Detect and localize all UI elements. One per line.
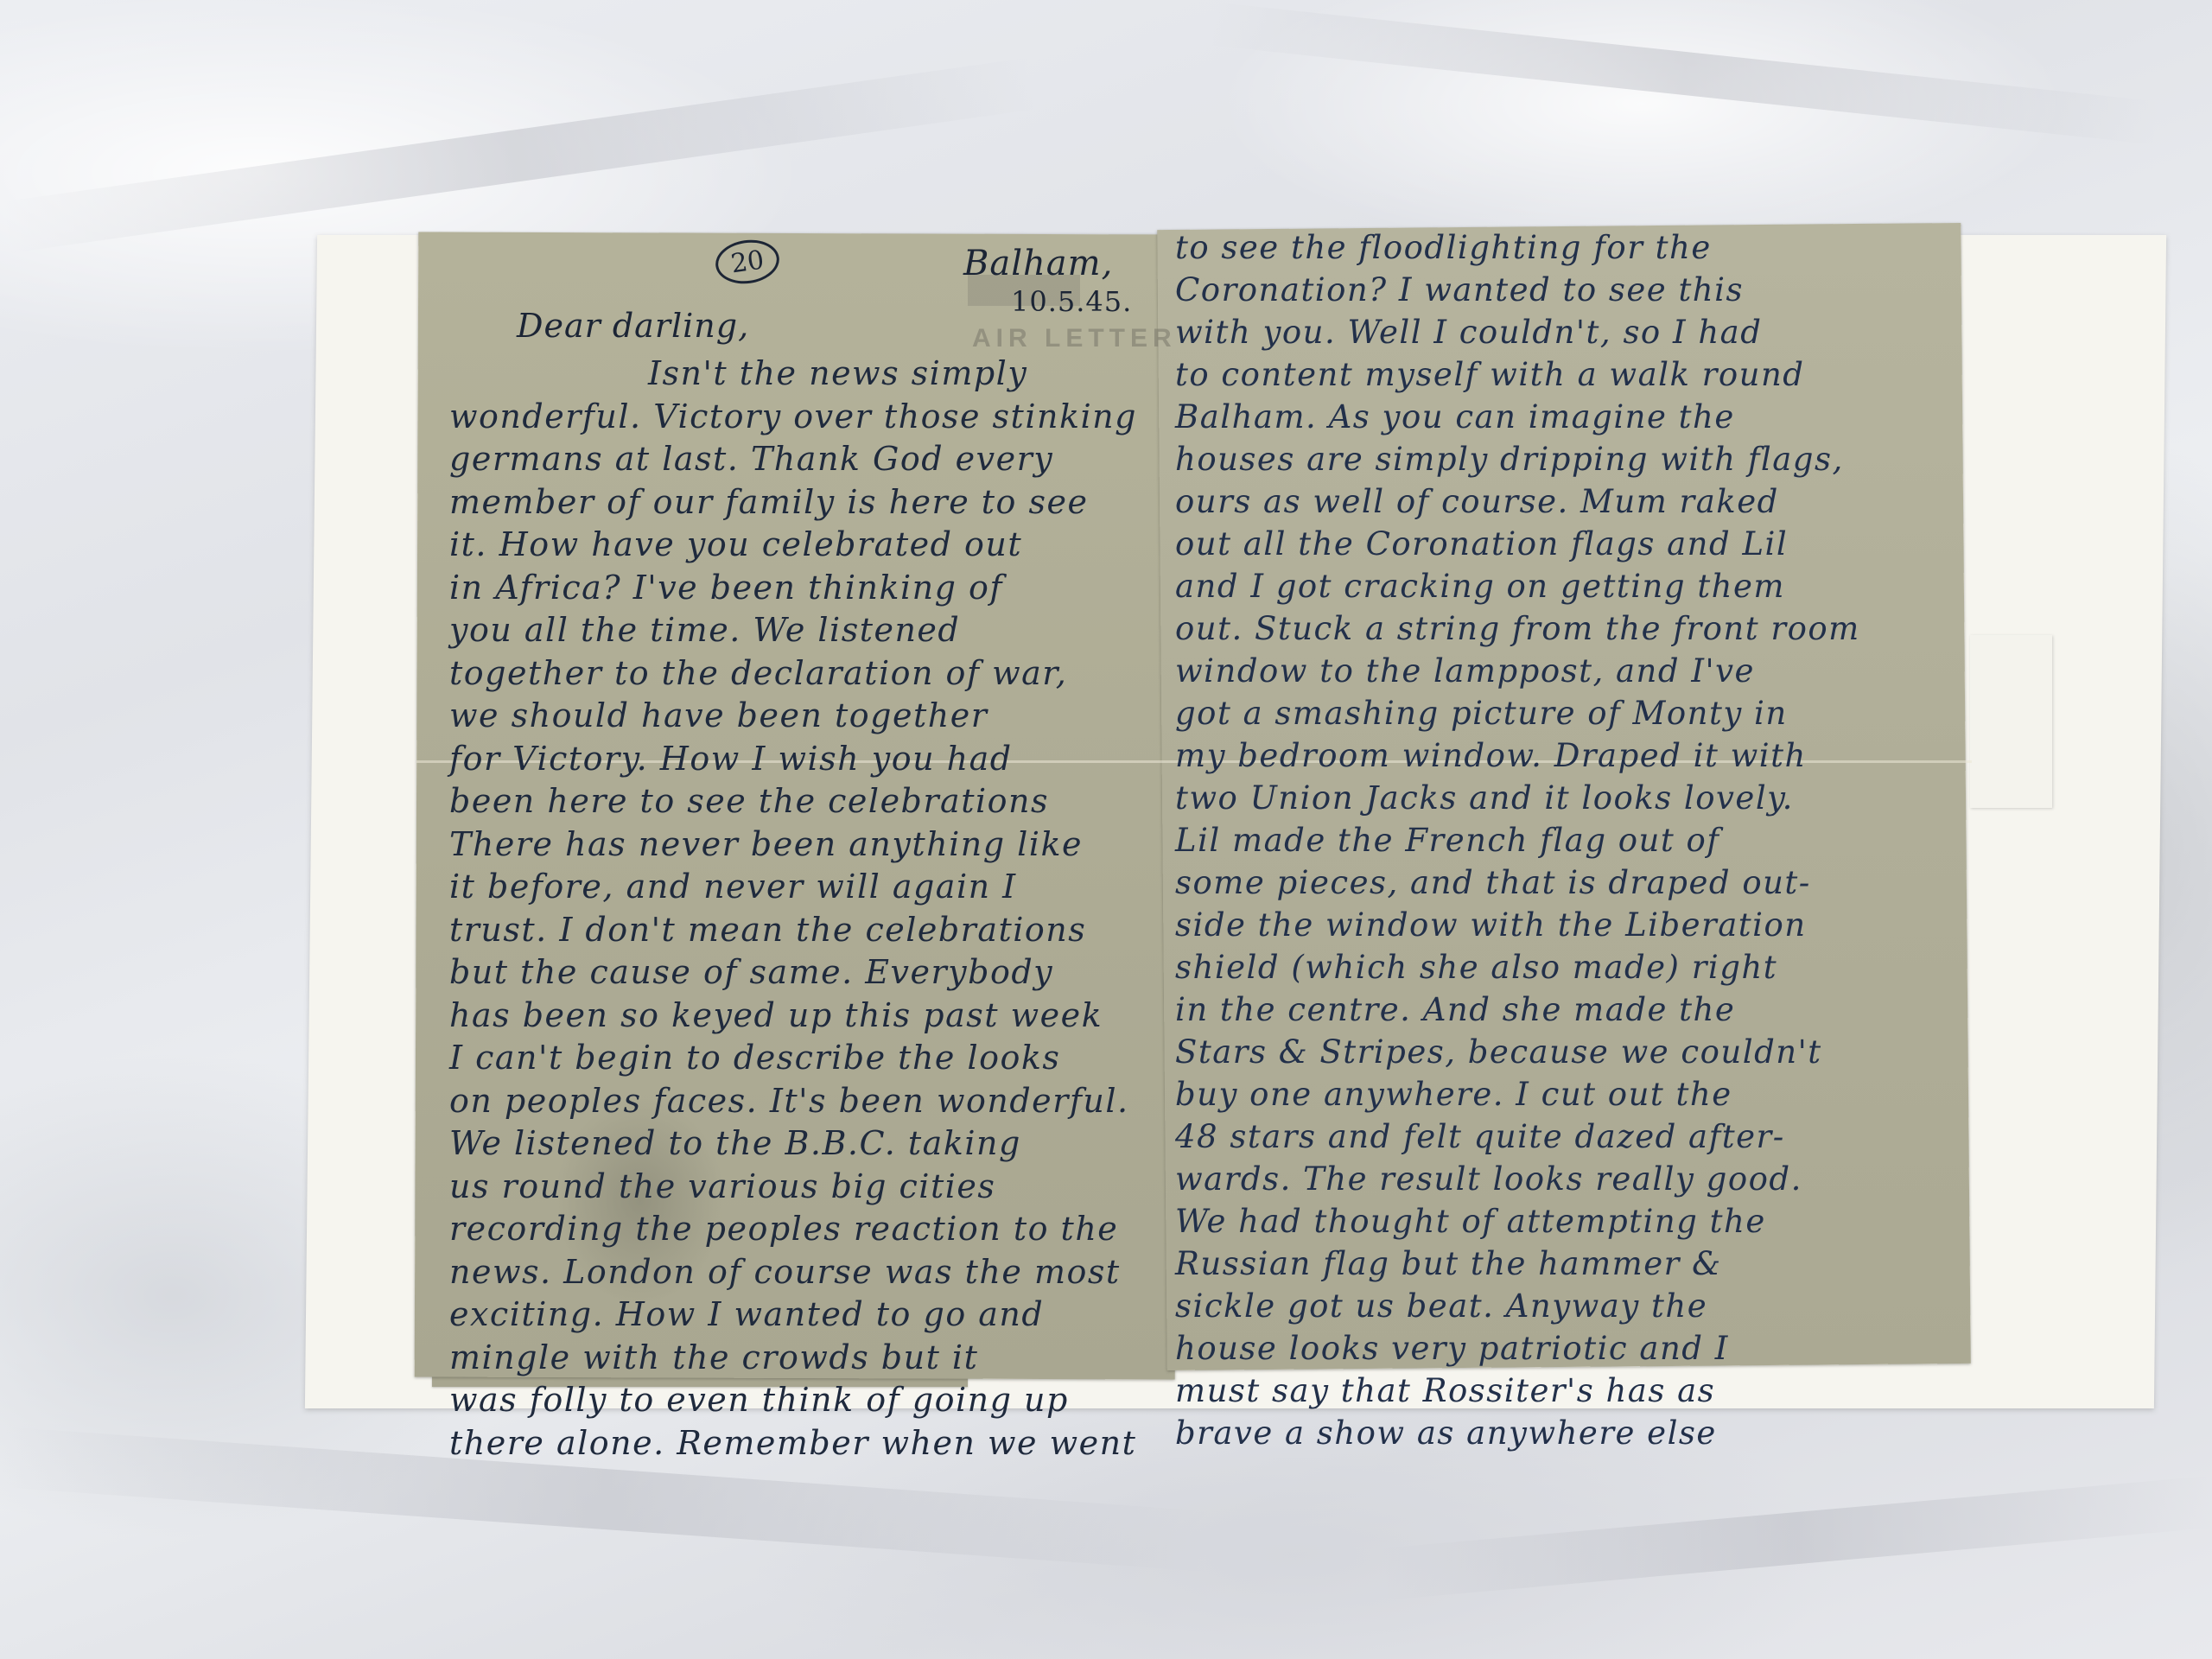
left-page-text: Isn't the news simply wonderful. Victory… bbox=[449, 448, 1137, 1465]
letter-line: and I got cracking on getting them bbox=[1175, 565, 1860, 607]
letter-line: house looks very patriotic and I bbox=[1175, 1327, 1860, 1370]
letter-line: you all the time. We listened bbox=[449, 609, 1137, 652]
letter-line: mingle with the crowds but it bbox=[449, 1337, 1137, 1380]
letter-line: my bedroom window. Draped it with bbox=[1175, 734, 1860, 777]
letter-line: houses are simply dripping with flags, bbox=[1175, 438, 1860, 480]
letter-line: Stars & Stripes, because we couldn't bbox=[1175, 1031, 1860, 1073]
printed-air-letter-stamp: AIR LETTER bbox=[972, 324, 1177, 353]
letter-line: out. Stuck a string from the front room bbox=[1175, 607, 1860, 650]
letter-line: We listened to the B.B.C. taking bbox=[449, 1122, 1137, 1166]
sheet-fold bbox=[1210, 3, 2159, 145]
letter-line: out all the Coronation flags and Lil bbox=[1175, 523, 1860, 565]
letter-line: germans at last. Thank God every bbox=[449, 438, 1137, 481]
letter-line: some pieces, and that is draped out- bbox=[1175, 861, 1860, 904]
letter-line: we should have been together bbox=[449, 695, 1137, 738]
right-page-text: to see the floodlighting for the Coronat… bbox=[1175, 226, 1860, 1454]
letter-line: to content myself with a walk round bbox=[1175, 353, 1860, 396]
letter-line: wards. The result looks really good. bbox=[1175, 1158, 1860, 1200]
letter-salutation: Dear darling, bbox=[517, 307, 749, 345]
letter-line: side the window with the Liberation bbox=[1175, 904, 1860, 946]
letter-line: Coronation? I wanted to see this bbox=[1175, 269, 1860, 311]
letter-line: shield (which she also made) right bbox=[1175, 946, 1860, 988]
letter-line: us round the various big cities bbox=[449, 1166, 1137, 1209]
letter-line: Isn't the news simply bbox=[449, 353, 1137, 396]
letter-line: trust. I don't mean the celebrations bbox=[449, 909, 1137, 952]
letter-line: got a smashing picture of Monty in bbox=[1175, 692, 1860, 734]
letter-line: there alone. Remember when we went bbox=[449, 1422, 1137, 1465]
letter-line: There has never been anything like bbox=[449, 823, 1137, 867]
letter-line: Lil made the French flag out of bbox=[1175, 819, 1860, 861]
mounting-card-tab bbox=[1970, 635, 2052, 808]
letter-line: to see the floodlighting for the bbox=[1175, 226, 1860, 269]
letter-line: Balham. As you can imagine the bbox=[1175, 396, 1860, 438]
letter-line: in the centre. And she made the bbox=[1175, 988, 1860, 1031]
page-number: 20 bbox=[729, 245, 766, 279]
letter-line: has been so keyed up this past week bbox=[449, 995, 1137, 1038]
letter-place: Balham, bbox=[963, 244, 1113, 283]
letter-date: 10.5.45. bbox=[1011, 285, 1132, 318]
letter-line: window to the lamppost, and I've bbox=[1175, 650, 1860, 692]
letter-line: wonderful. Victory over those stinking bbox=[449, 396, 1137, 439]
letter-line: I can't begin to describe the looks bbox=[449, 1037, 1137, 1080]
letter-line: been here to see the celebrations bbox=[449, 780, 1137, 823]
letter-line: was folly to even think of going up bbox=[449, 1379, 1137, 1422]
letter-line: We had thought of attempting the bbox=[1175, 1200, 1860, 1243]
letter-line: exciting. How I wanted to go and bbox=[449, 1294, 1137, 1337]
letter-line: in Africa? I've been thinking of bbox=[449, 567, 1137, 610]
letter-line: 48 stars and felt quite dazed after- bbox=[1175, 1116, 1860, 1158]
letter-line: news. London of course was the most bbox=[449, 1251, 1137, 1294]
letter-line: brave a show as anywhere else bbox=[1175, 1412, 1860, 1454]
letter-line: on peoples faces. It's been wonderful. bbox=[449, 1080, 1137, 1123]
letter-line: member of our family is here to see bbox=[449, 481, 1137, 524]
letter-line: it before, and never will again I bbox=[449, 866, 1137, 909]
letter-line: buy one anywhere. I cut out the bbox=[1175, 1073, 1860, 1116]
letter-line: together to the declaration of war, bbox=[449, 652, 1137, 696]
sheet-fold bbox=[2, 58, 1036, 253]
letter-line: Russian flag but the hammer & bbox=[1175, 1243, 1860, 1285]
letter-line: recording the peoples reaction to the bbox=[449, 1208, 1137, 1251]
letter-line: for Victory. How I wish you had bbox=[449, 738, 1137, 781]
letter-line: but the cause of same. Everybody bbox=[449, 951, 1137, 995]
letter-line: sickle got us beat. Anyway the bbox=[1175, 1285, 1860, 1327]
letter-line: two Union Jacks and it looks lovely. bbox=[1175, 777, 1860, 819]
letter-line: ours as well of course. Mum raked bbox=[1175, 480, 1860, 523]
letter-line: it. How have you celebrated out bbox=[449, 524, 1137, 567]
letter-line: must say that Rossiter's has as bbox=[1175, 1370, 1860, 1412]
sheet-fold bbox=[1382, 1476, 2212, 1599]
letter-line: with you. Well I couldn't, so I had bbox=[1175, 311, 1860, 353]
